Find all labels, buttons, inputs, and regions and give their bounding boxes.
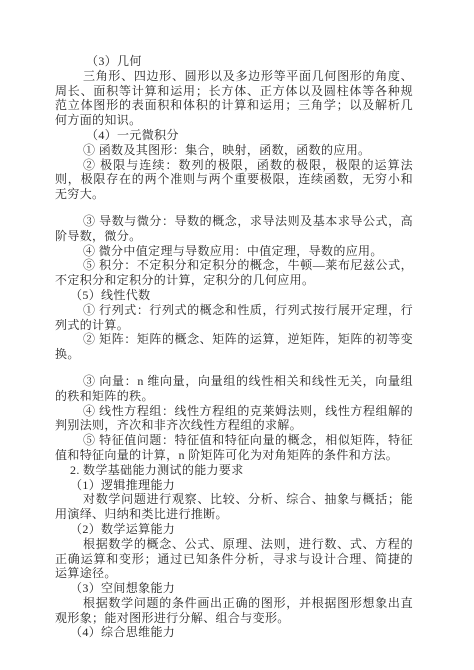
linear-algebra-item-vectors: ③ 向量：n 维向量，向量组的线性相关和线性无关，向量组的秩和矩阵的秩。 bbox=[55, 374, 413, 404]
calculus-item-integrals: ⑤ 积分：不定积分和定积分的概念，牛顿—莱布尼兹公式，不定积分和定积分的计算，定… bbox=[55, 258, 413, 288]
document-page: （3）几何 三角形、四边形、圆形以及多边形等平面几何图形的角度、周长、面积等计算… bbox=[0, 0, 474, 670]
calculus-item-limits: ② 极限与连续：数列的极限，函数的极限，极限的运算法则，极限存在的两个准则与两个… bbox=[55, 158, 413, 202]
linear-algebra-item-matrices: ② 矩阵：矩阵的概念、矩阵的运算，逆矩阵，矩阵的初等变换。 bbox=[55, 332, 413, 362]
heading-ability-requirements: 2. 数学基础能力测试的能力要求 bbox=[55, 463, 413, 478]
geometry-description: 三角形、四边形、圆形以及多边形等平面几何图形的角度、周长、面积等计算和运用；长方… bbox=[55, 69, 413, 128]
linear-algebra-item-determinants: ① 行列式：行列式的概念和性质，行列式按行展开定理，行列式的计算。 bbox=[55, 303, 413, 333]
linear-algebra-item-eigenvalues: ⑤ 特征值问题：特征值和特征向量的概念，相似矩阵，特征值和特征向量的计算，n 阶… bbox=[55, 433, 413, 463]
math-operation-description: 根据数学的概念、公式、原理、法则，进行数、式、方程的正确运算和变形；通过已知条件… bbox=[55, 537, 413, 581]
sub-heading-spatial-imagination: （3）空间想象能力 bbox=[55, 581, 413, 596]
section-heading-calculus: （4）一元微积分 bbox=[55, 128, 413, 143]
document-body: （3）几何 三角形、四边形、圆形以及多边形等平面几何图形的角度、周长、面积等计算… bbox=[55, 54, 413, 640]
calculus-item-mean-value: ④ 微分中值定理与导数应用：中值定理，导数的应用。 bbox=[55, 244, 413, 259]
sub-heading-comprehensive-thinking: （4）综合思维能力 bbox=[55, 625, 413, 640]
sub-heading-logical-reasoning: （1）逻辑推理能力 bbox=[55, 478, 413, 493]
section-heading-linear-algebra: （5）线性代数 bbox=[55, 288, 413, 303]
linear-algebra-item-linear-systems: ④ 线性方程组：线性方程组的克莱姆法则，线性方程组解的判别法则，齐次和非齐次线性… bbox=[55, 404, 413, 434]
spatial-imagination-description: 根据数学问题的条件画出正确的图形，并根据图形想象出直观形象；能对图形进行分解、组… bbox=[55, 596, 413, 626]
sub-heading-math-operation: （2）数学运算能力 bbox=[55, 522, 413, 537]
calculus-item-derivatives: ③ 导数与微分：导数的概念，求导法则及基本求导公式，高阶导数，微分。 bbox=[55, 214, 413, 244]
logical-reasoning-description: 对数学问题进行观察、比较、分析、综合、抽象与概括；能用演绎、归纳和类比进行推断。 bbox=[55, 492, 413, 522]
calculus-item-functions: ① 函数及其图形：集合，映射，函数，函数的应用。 bbox=[55, 143, 413, 158]
section-heading-geometry: （3）几何 bbox=[55, 54, 413, 69]
